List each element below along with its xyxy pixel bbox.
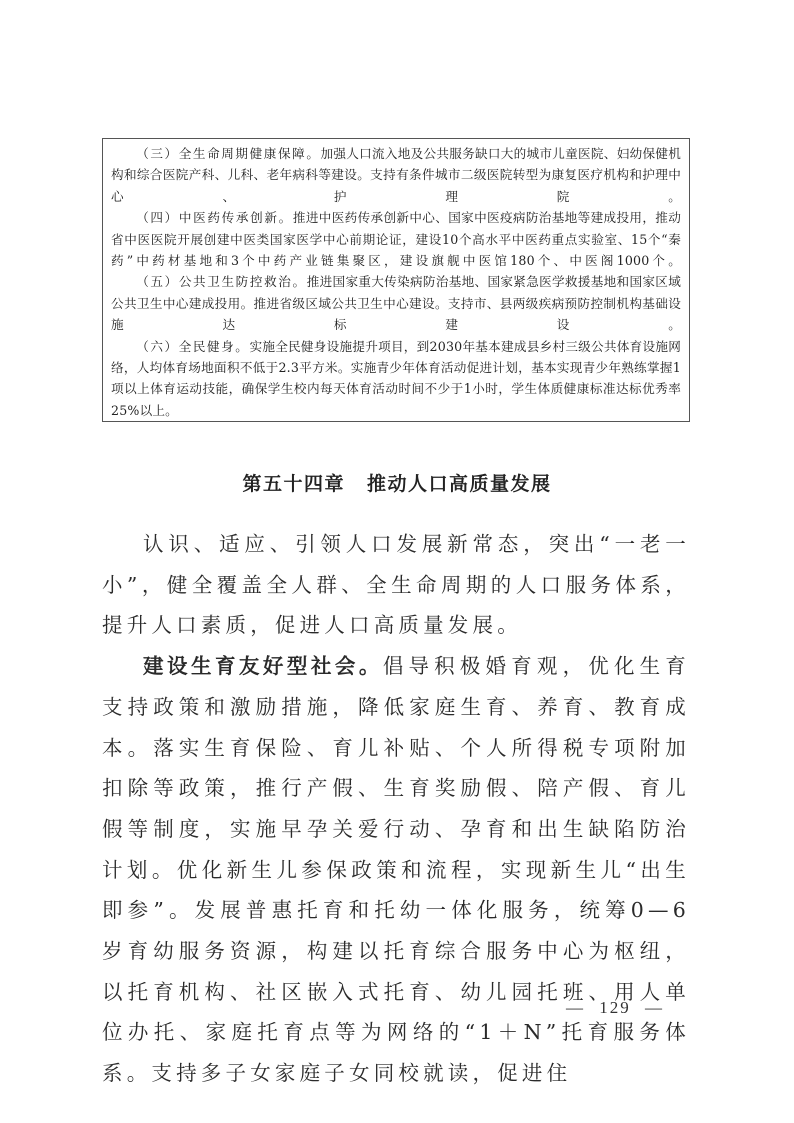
- box-paragraph-6: （六）全民健身。实施全民健身设施提升项目，到2030年基本建成县乡村三级公共体育…: [111, 336, 681, 422]
- page-number: — 129 —: [566, 998, 664, 1018]
- box-lead-3: （三）全生命周期健康保障。: [136, 146, 320, 161]
- box-paragraph-5: （五）公共卫生防控救治。推进国家重大传染病防治基地、国家紧急医学救援基地和国家区…: [111, 271, 681, 335]
- chapter-heading: 第五十四章推动人口高质量发展: [0, 469, 794, 496]
- section-bold-lead: 建设生育友好型社会。: [143, 654, 383, 678]
- section-paragraph: 建设生育友好型社会。倡导积极婚育观，优化生育支持政策和激励措施，降低家庭生育、养…: [102, 646, 690, 1094]
- box-paragraph-4: （四）中医药传承创新。推进中医药传承创新中心、国家中医疫病防治基地等建成投用，推…: [111, 207, 681, 271]
- box-lead-4: （四）中医药传承创新。: [136, 210, 293, 225]
- box-paragraph-3: （三）全生命周期健康保障。加强人口流入地及公共服务缺口大的城市儿童医院、妇幼保健…: [111, 143, 681, 207]
- intro-paragraph: 认识、适应、引领人口发展新常态，突出“一老一小”，健全覆盖全人群、全生命周期的人…: [102, 524, 690, 646]
- section-text: 倡导积极婚育观，优化生育支持政策和激励措施，降低家庭生育、养育、教育成本。落实生…: [102, 654, 690, 1085]
- highlight-box: （三）全生命周期健康保障。加强人口流入地及公共服务缺口大的城市儿童医院、妇幼保健…: [102, 138, 690, 422]
- chapter-number: 第五十四章: [242, 473, 345, 495]
- box-lead-5: （五）公共卫生防控救治。: [136, 274, 307, 289]
- box-lead-6: （六）全民健身。: [136, 339, 249, 354]
- chapter-title: 推动人口高质量发展: [367, 473, 552, 495]
